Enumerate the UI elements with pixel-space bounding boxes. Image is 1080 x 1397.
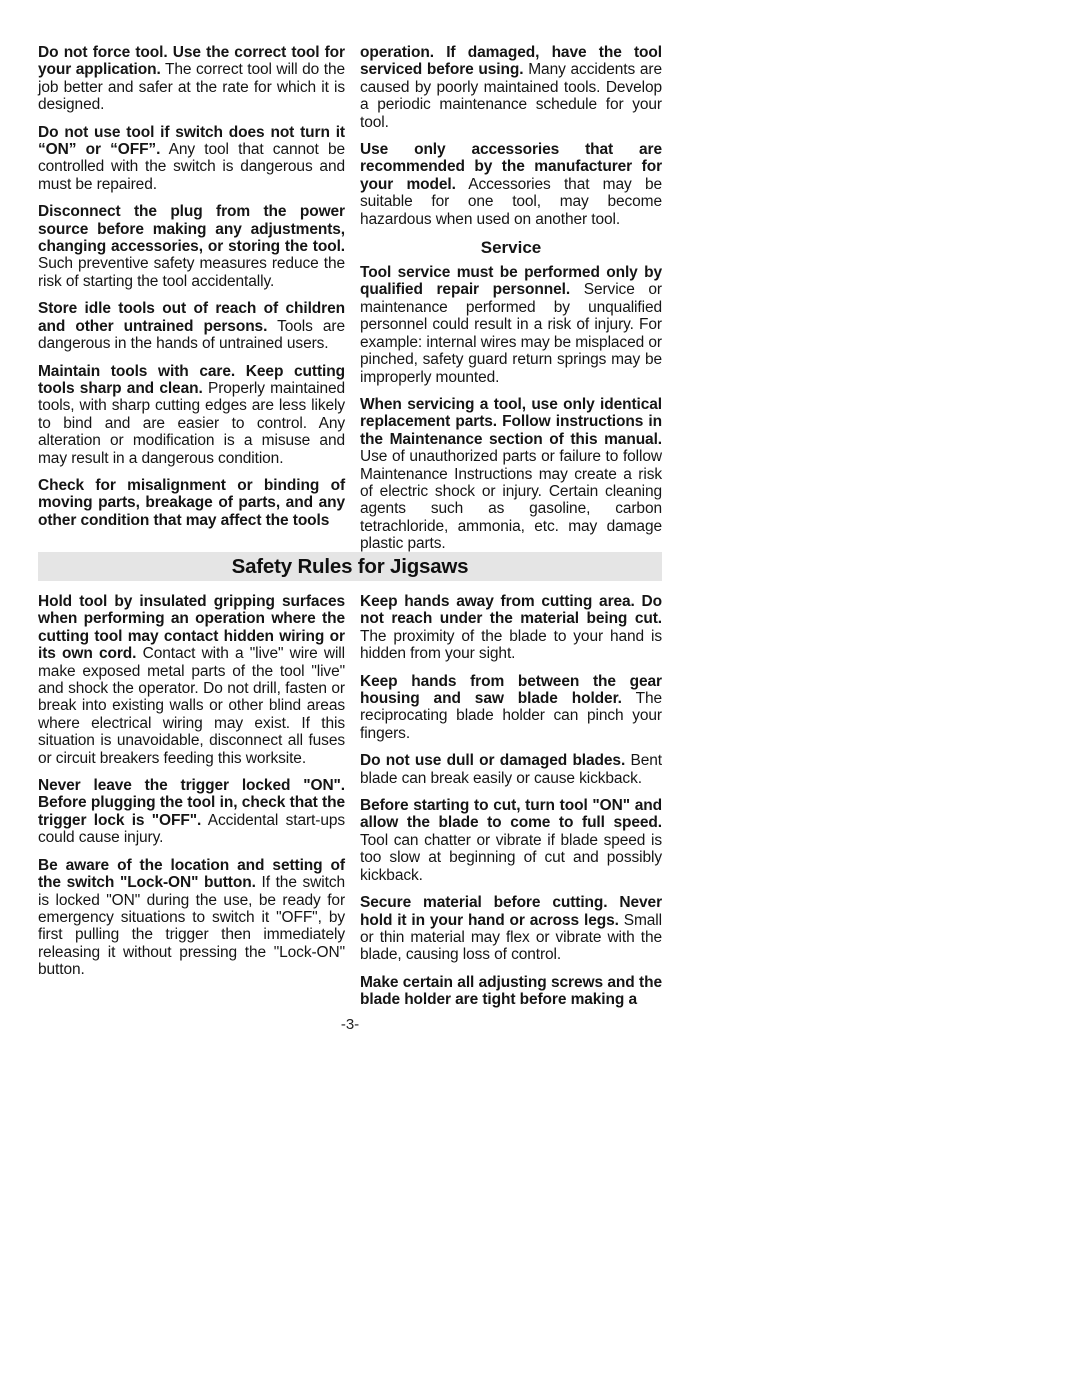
manual-page: { "document": { "page_number": "-3-", "b… [0,0,1080,1397]
jigsaw-safety-right-column: Keep hands away from cutting area. Do no… [360,593,662,1019]
general-safety-left-column: Do not force tool. Use the correct tool … [38,44,345,563]
safety-paragraph: Before starting to cut, turn tool "ON" a… [360,797,662,884]
safety-paragraph: Never leave the trigger locked "ON". Bef… [38,777,345,847]
paragraph-body: Such preventive safety measures reduce t… [38,255,345,289]
safety-paragraph: Tool service must be performed only by q… [360,264,662,386]
paragraph-body: Use of unauthorized parts or failure to … [360,448,662,552]
paragraph-lead: Keep hands away from cutting area. Do no… [360,593,662,627]
section-banner: Safety Rules for Jigsaws [38,552,662,581]
paragraph-lead: Keep hands from between the gear housing… [360,673,662,707]
service-heading: Service [360,238,662,258]
safety-paragraph: Secure material before cutting. Never ho… [360,894,662,964]
general-safety-right-column: operation. If damaged, have the tool ser… [360,44,662,563]
safety-paragraph: Store idle tools out of reach of childre… [38,300,345,352]
safety-paragraph: operation. If damaged, have the tool ser… [360,44,662,131]
jigsaw-safety-left-column: Hold tool by insulated gripping surfaces… [38,593,345,1019]
paragraph-lead: Make certain all adjusting screws and th… [360,974,662,1008]
safety-paragraph: Maintain tools with care. Keep cutting t… [38,363,345,467]
paragraph-lead: Disconnect the plug from the power sourc… [38,203,345,255]
paragraph-body: The proximity of the blade to your hand … [360,628,662,662]
paragraph-body: Contact with a "live" wire will make exp… [38,645,345,766]
safety-paragraph: Disconnect the plug from the power sourc… [38,203,345,290]
safety-paragraph: When servicing a tool, use only identica… [360,396,662,553]
page-number: -3- [38,1016,662,1033]
paragraph-lead: Do not use dull or damaged blades. [360,752,625,769]
paragraph-lead: Check for misalignment or binding of mov… [38,477,345,529]
page-sheet: Do not force tool. Use the correct tool … [38,0,662,1397]
safety-paragraph: Check for misalignment or binding of mov… [38,477,345,529]
safety-paragraph: Keep hands from between the gear housing… [360,673,662,743]
safety-paragraph: Make certain all adjusting screws and th… [360,974,662,1009]
paragraph-lead: Before starting to cut, turn tool "ON" a… [360,797,662,831]
safety-paragraph: Be aware of the location and setting of … [38,857,345,979]
safety-paragraph: Keep hands away from cutting area. Do no… [360,593,662,663]
paragraph-lead: When servicing a tool, use only identica… [360,396,662,448]
safety-paragraph: Do not force tool. Use the correct tool … [38,44,345,114]
safety-paragraph: Do not use dull or damaged blades. Bent … [360,752,662,787]
paragraph-lead: Secure material before cutting. Never ho… [360,894,662,928]
safety-paragraph: Do not use tool if switch does not turn … [38,124,345,194]
section-banner-title: Safety Rules for Jigsaws [232,555,469,579]
general-safety-section: Do not force tool. Use the correct tool … [38,44,662,563]
paragraph-body: Tool can chatter or vibrate if blade spe… [360,832,662,884]
safety-paragraph: Use only accessories that are recommende… [360,141,662,228]
jigsaw-safety-section: Hold tool by insulated gripping surfaces… [38,593,662,1019]
safety-paragraph: Hold tool by insulated gripping surfaces… [38,593,345,767]
